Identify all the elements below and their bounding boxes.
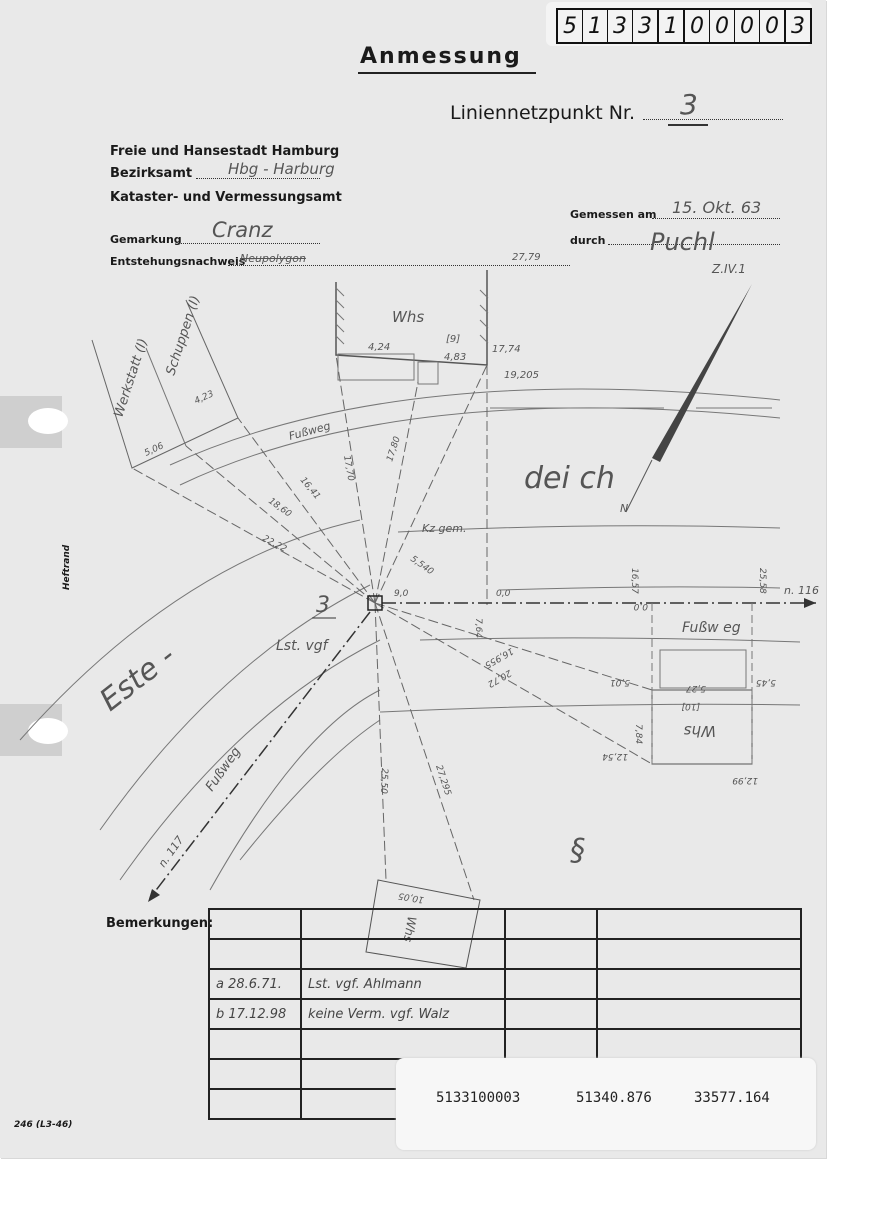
remarks-cell [597,939,801,969]
svg-text:§: § [570,833,585,868]
svg-text:[9]: [9] [446,334,460,345]
remarks-row: a 28.6.71.Lst. vgf. Ahlmann [209,969,801,999]
remarks-cell [209,909,301,939]
svg-text:19,205: 19,205 [504,370,539,381]
label-deich: dei ch [524,461,615,496]
remarks-row [209,939,801,969]
remarks-cell [209,1089,301,1119]
remarks-row [209,909,801,939]
svg-text:Fußw eg: Fußw eg [682,620,741,636]
svg-text:4,24: 4,24 [368,342,390,353]
svg-text:16,57: 16,57 [629,568,639,594]
svg-text:17,74: 17,74 [492,344,521,355]
coordinate-y: 33577.164 [694,1090,770,1106]
label-whs-top: Whs [392,308,424,326]
remarks-cell [301,909,505,939]
svg-text:9,0: 9,0 [394,589,409,599]
remarks-cell [505,999,597,1029]
remarks-cell: b 17.12.98 [209,999,301,1029]
svg-text:4,23: 4,23 [193,389,216,407]
svg-text:5,01: 5,01 [610,677,630,687]
svg-text:5,27: 5,27 [686,683,706,693]
remarks-cell [505,909,597,939]
svg-text:12,99: 12,99 [732,775,758,785]
remarks-row: b 17.12.98keine Verm. vgf. Walz [209,999,801,1029]
svg-text:4,83: 4,83 [444,352,466,363]
svg-text:N: N [620,502,628,515]
heftrand-label: Heftrand [62,545,72,590]
svg-text:0,0: 0,0 [496,589,511,599]
svg-text:0,0: 0,0 [633,601,648,611]
svg-text:12,54: 12,54 [602,751,628,761]
remarks-cell: a 28.6.71. [209,969,301,999]
svg-text:16,41: 16,41 [298,476,322,502]
remarks-cell: keine Verm. vgf. Walz [301,999,505,1029]
remarks-cell [505,1029,597,1059]
svg-text:20,72: 20,72 [485,667,513,689]
form-number: 246 (L3-46) [14,1120,72,1130]
remarks-row [209,1029,801,1059]
remarks-cell [505,939,597,969]
svg-text:7,84: 7,84 [633,724,643,744]
svg-text:7,64: 7,64 [473,618,483,638]
svg-text:5,06: 5,06 [143,441,166,459]
svg-text:5,45: 5,45 [756,677,776,687]
coordinate-point-id: 5133100003 [436,1090,520,1106]
remarks-cell [597,999,801,1029]
svg-text:18,60: 18,60 [266,496,293,519]
remarks-label: Bemerkungen: [106,916,213,931]
remarks-cell [505,969,597,999]
remarks-cell [209,1029,301,1059]
label-este: Este - [93,638,182,718]
remarks-cell [597,969,801,999]
svg-text:Fußweg: Fußweg [203,745,244,795]
svg-text:5,540: 5,540 [408,554,435,577]
svg-text:17,70: 17,70 [341,455,355,482]
svg-text:Kz gem.: Kz gem. [422,522,466,535]
svg-text:n. 117: n. 117 [156,834,187,870]
remarks-cell [301,1029,505,1059]
svg-text:10,05: 10,05 [397,890,424,904]
svg-text:Schuppen (I): Schuppen (I) [164,294,204,377]
svg-text:Whs: Whs [684,722,716,740]
svg-text:25,58: 25,58 [757,568,767,594]
svg-text:17,80: 17,80 [385,435,403,463]
remarks-cell [209,1059,301,1089]
svg-text:27,295: 27,295 [433,764,452,797]
remarks-cell [597,1029,801,1059]
svg-text:n. 116: n. 116 [784,584,819,597]
svg-text:[10]: [10] [681,701,700,711]
svg-text:Werkstatt (I): Werkstatt (I) [112,337,152,420]
remarks-cell [597,909,801,939]
svg-text:25,50: 25,50 [378,768,389,794]
svg-text:16,955: 16,955 [482,645,515,670]
coordinate-x: 51340.876 [576,1090,652,1106]
svg-text:Lst. vgf: Lst. vgf [276,638,330,654]
remarks-cell: Lst. vgf. Ahlmann [301,969,505,999]
remarks-cell [209,939,301,969]
svg-text:3: 3 [316,593,330,618]
svg-text:27,79: 27,79 [512,252,541,263]
remarks-cell [301,939,505,969]
